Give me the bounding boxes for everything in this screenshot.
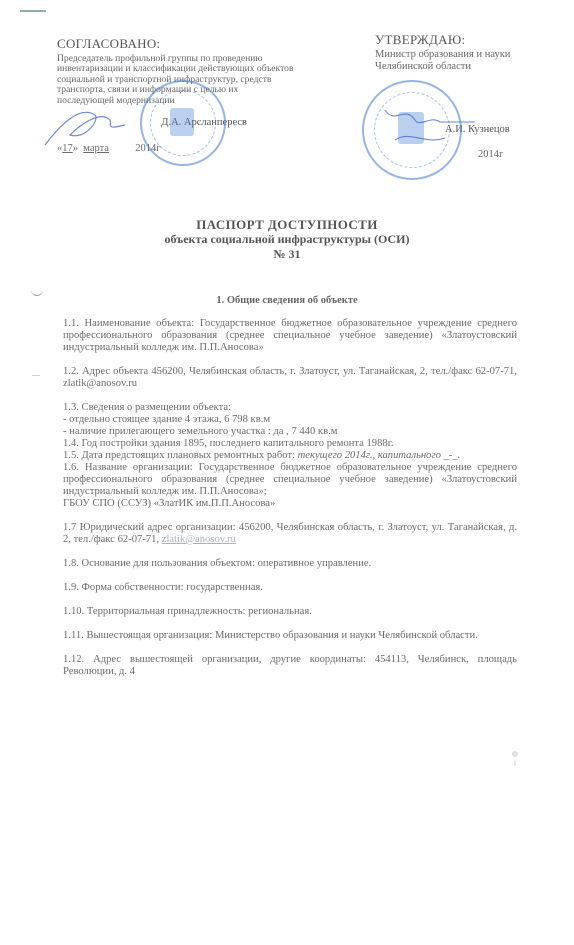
scan-margin-mark bbox=[32, 375, 40, 376]
item-1-5: 1.5. Дата предстоящих плановых ремонтных… bbox=[63, 450, 517, 462]
item-1-3-building: - отдельно стоящее здание 4 этажа, 6 798… bbox=[63, 414, 517, 426]
item-1-5-label: 1.5. Дата предстоящих плановых ремонтных… bbox=[63, 450, 298, 461]
title-line-1: ПАСПОРТ ДОСТУПНОСТИ bbox=[0, 217, 574, 232]
item-1-8: 1.8. Основание для пользования объектом:… bbox=[63, 558, 517, 570]
item-1-1: 1.1. Наименование объекта: Государственн… bbox=[63, 318, 517, 354]
email-link[interactable]: zlatik@anosov.ru bbox=[162, 534, 236, 545]
approval-left-heading: СОГЛАСОВАНО: bbox=[57, 37, 297, 51]
item-1-6: 1.6. Название организации: Государственн… bbox=[63, 462, 517, 498]
item-1-4: 1.4. Год постройки здания 1895, последне… bbox=[63, 438, 517, 450]
item-1-2: 1.2. Адрес объекта 456200, Челябинская о… bbox=[63, 366, 517, 390]
title-number: № 31 bbox=[0, 247, 574, 262]
approval-right-heading: УТВЕРЖДАЮ: bbox=[375, 33, 565, 47]
item-1-7: 1.7 Юридический адрес организации: 45620… bbox=[63, 522, 517, 546]
signature-right-icon bbox=[375, 100, 485, 150]
item-1-6-short-name: ГБОУ СПО (ССУЗ) «ЗлатИК им.П.П.Аносова» bbox=[63, 498, 517, 510]
approval-right-date: 2014г bbox=[478, 149, 503, 160]
scan-spot bbox=[514, 761, 516, 766]
item-1-11: 1.11. Вышестоящая организация: Министерс… bbox=[63, 630, 517, 642]
item-1-12: 1.12. Адрес вышестоящей организации, дру… bbox=[63, 654, 517, 678]
scan-mark bbox=[20, 10, 46, 12]
section-content: 1.1. Наименование объекта: Государственн… bbox=[63, 318, 517, 678]
stamp-left-icon bbox=[140, 80, 226, 166]
item-1-7-text: 1.7 Юридический адрес организации: 45620… bbox=[63, 522, 517, 545]
scan-spot bbox=[512, 751, 518, 757]
approval-right-block: УТВЕРЖДАЮ: Министр образования и науки Ч… bbox=[375, 33, 565, 72]
item-1-9: 1.9. Форма собственности: государственна… bbox=[63, 582, 517, 594]
approval-right-position: Министр образования и науки Челябинской … bbox=[375, 49, 565, 72]
signature-left-icon bbox=[40, 95, 130, 155]
item-1-10: 1.10. Территориальная принадлежность: ре… bbox=[63, 606, 517, 618]
item-1-3-heading: 1.3. Сведения о размещении объекта: bbox=[63, 402, 517, 414]
section-title: 1. Общие сведения об объекте bbox=[0, 295, 574, 306]
item-1-5-value: текущего 2014г., капитального _-_. bbox=[298, 450, 461, 461]
document-title: ПАСПОРТ ДОСТУПНОСТИ объекта социальной и… bbox=[0, 217, 574, 262]
item-1-3-land: - наличие прилегающего земельного участк… bbox=[63, 426, 517, 438]
title-line-2: объекта социальной инфраструктуры (ОСИ) bbox=[0, 232, 574, 247]
